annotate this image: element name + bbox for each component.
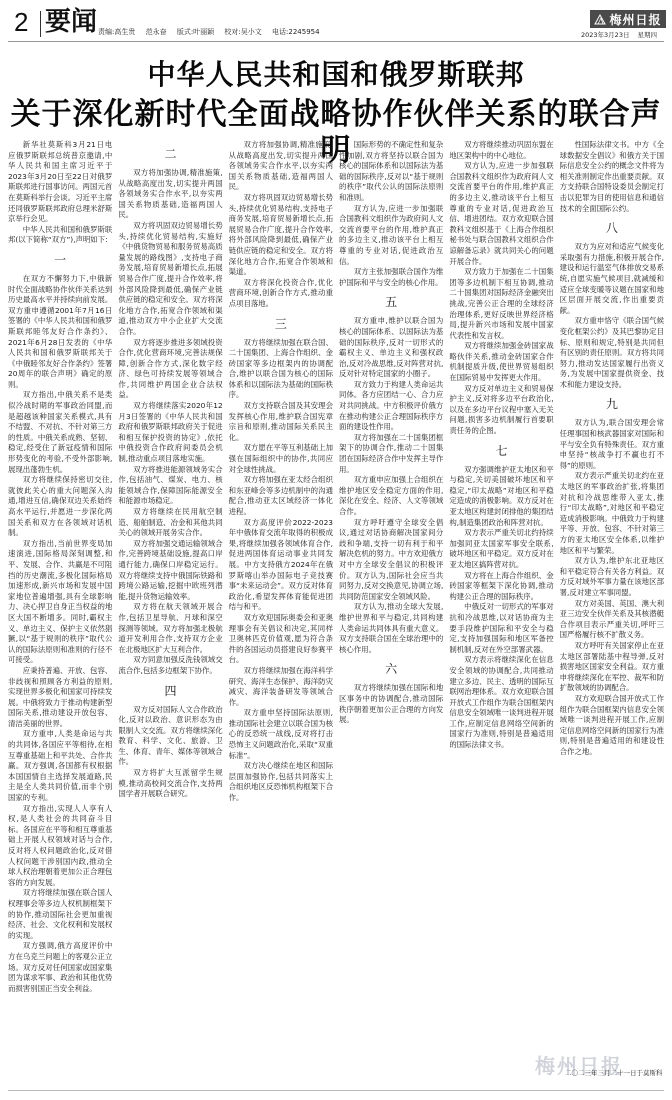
text-column-4: 国际形势的不确定性和复杂性加剧,双方将坚持以联合国为核心的国际体系和以国际法为基… <box>339 140 443 1072</box>
credit-phone: 电话:2245954 <box>272 28 320 36</box>
text-column-5: 双方将继续推动巩固东盟在地区架构中的中心地位。双方认为,应进一步加强联合国教科文… <box>449 140 553 1072</box>
paragraph: 双方呼吁遵守全球安全倡议,通过对话协商解决国家间分歧和争端,支持一切有利于和平解… <box>339 518 443 603</box>
paragraph: 双方将继续推动巩固东盟在地区架构中的中心地位。 <box>449 140 553 161</box>
paragraph: 双方重申坚持国际法原则,推动国际社会建立以联合国为核心的反恐统一战线,反对将打击… <box>229 708 333 761</box>
paragraph: 双方指出,实现人人享有人权,是人类社会的共同奋斗目标。各国应在平等和相互尊重基础… <box>8 804 112 889</box>
paragraph: 双方重申应加强上合组织在维护地区安全稳定方面的作用,深化在安全、经济、人文等领域… <box>339 475 443 517</box>
paragraph: 双方认为,应进一步加强联合国教科文组织作为政府间人文交流首要平台的作用,维护真正… <box>449 161 553 267</box>
text-column-2: 二双方将加强协调,精准施策,从战略高度出发,切实提升两国各领域务实合作水平,以夯… <box>118 140 222 1072</box>
paragraph: 双方欢迎联合国开放式工作组作为联合国框架内信息安全领域唯一谈判进程开展工作,应制… <box>560 694 664 758</box>
paragraph: 双方将扩大互派留学生规模,推动高校间交流合作,支持两国学者开展联合研究。 <box>118 768 222 800</box>
credit-editor: 责编:高生贵 <box>98 28 135 36</box>
section-numeral: 二 <box>118 143 222 165</box>
paragraph: 双方主张加强联合国作为维护国际和平与安全的核心作用。 <box>339 267 443 288</box>
paragraph: 双方将加强在亚太经合组织和东亚峰会等多边机制中的沟通配合,推动亚太区域经济一体化… <box>229 475 333 517</box>
paragraph: 双方对美国、英国、澳大利亚三边安全伙伴关系及其核潜艇合作项目表示严重关切,呼吁三… <box>560 599 664 641</box>
paragraph: 国际形势的不确定性和复杂性加剧,双方将坚持以联合国为核心的国际体系和以国际法为基… <box>339 140 443 204</box>
credit-editor-2: 范永奋 <box>146 28 167 36</box>
signoff-date-place: 二〇二三年三月二十一日于莫斯科 <box>565 1068 663 1077</box>
paragraph: 双方强调,俄方高度评价中方在乌克兰问题上的客观公正立场。双方反对任何国家或国家集… <box>8 941 112 994</box>
paragraph: 新华社莫斯科3月21日电 应俄罗斯联邦总统普京邀请,中华人民共和国主席习近平于2… <box>8 140 112 225</box>
paragraph: 应秉持普遍、开放、包容、非歧视和照顾各方利益的原则,实现世界多极化和国家可持续发… <box>8 666 112 730</box>
paragraph: 双方将继续加强金砖国家战略伙伴关系,推动金砖国家合作机制提质升级,使世界贸易组织… <box>449 341 553 383</box>
paragraph: 双方将加强交通运输领域合作,完善跨境基础设施,提高口岸通行能力,确保口岸稳定运行… <box>118 539 222 603</box>
section-numeral: 四 <box>118 680 222 702</box>
section-numeral: 五 <box>339 291 443 313</box>
page-number: 2 <box>14 8 28 36</box>
text-column-3: 双方将加强协调,精准施策,从战略高度出发,切实提升两国各领域务实合作水平,以夯实… <box>229 140 333 1072</box>
page-separator <box>40 11 41 37</box>
paragraph: 双方将在航天领域开展合作,包括卫星导航、月球和深空探测等领域。双方将加强北极航道… <box>118 602 222 655</box>
paragraph: 双方为应对和适应气候变化采取强有力措施,积极开展合作,建设和运行温室气体排放交易… <box>560 242 664 316</box>
paragraph: 双方认为,应进一步加强联合国教科文组织作为政府间人文交流首要平台的作用,维护真正… <box>339 204 443 268</box>
paragraph: 双方表示严重关切北约在亚太地区的军事政治扩张,将集团对抗和冷战思维带入亚太,推行… <box>560 471 664 556</box>
bottom-rule <box>8 1090 664 1091</box>
section-numeral: 七 <box>449 440 553 462</box>
paragraph: 双方将继续加强在海洋科学研究、海洋生态保护、海洋防灾减灾、海洋装备研发等领域合作… <box>229 666 333 708</box>
paragraph: 双方将继续加强在联合国人权理事会等多边人权机制框架下的协作,推动国际社会更加重视… <box>8 888 112 941</box>
paragraph: 双方表示将继续深化在信息安全领域的协调配合,共同推动建立多边、民主、透明的国际互… <box>449 655 553 750</box>
paper-logo: 梅州日报 <box>590 10 666 28</box>
credit-layout: 版式:叶丽颖 <box>177 28 214 36</box>
paragraph: 双方认为,推动全球大发展,维护世界和平与稳定,共同构建人类命运共同体具有重大意义… <box>339 602 443 655</box>
paragraph: 性国际法律文书。中方《全球数据安全倡议》和俄方关于国际信息安全公约的概念文件将为… <box>560 140 664 214</box>
paragraph: 双方呼吁有关国家停止在亚太地区部署陆基中程导弹,反对损害地区国家安全利益。双方重… <box>560 641 664 694</box>
paper-name: 梅州日报 <box>609 11 661 28</box>
paragraph: 双方将在上海合作组织、金砖国家等框架下深化协调,推动构建公正合理的国际秩序。 <box>449 571 553 603</box>
paragraph: 中华人民共和国和俄罗斯联邦(以下简称“双方”),声明如下: <box>8 225 112 246</box>
paragraph: 双方将继续保持密切交往,就彼此关心的重大问题深入沟通,增进互信,确保双边关系始终… <box>8 475 112 539</box>
paragraph: 双方高度评价2022-2023年中俄体育交流年取得的积极成果,将继续加强各领域体… <box>229 518 333 613</box>
paragraph: 双方重申,维护以联合国为核心的国际体系、以国际法为基础的国际秩序,反对一切形式的… <box>339 316 443 380</box>
section-numeral: 六 <box>339 658 443 680</box>
paragraph: 双方致力于加强在二十国集团等多边机制下相互协调,推动二十国集团对国际经济金融突出… <box>449 267 553 341</box>
paragraph: 双方将继续在民用航空制造、船舶制造、冶金和其他共同关心的领域开展务实合作。 <box>118 507 222 539</box>
section-name: 要闻 <box>45 8 97 36</box>
paragraph: 双方将加强在二十国集团框架下的协调合作,推动二十国集团在国际经济合作中发挥主导作… <box>339 433 443 475</box>
masthead-rule <box>8 41 664 42</box>
dateline: 2023年3月23日 星期四 <box>575 30 657 39</box>
paragraph: 双方表示严重关切北约持续加强同亚太国家军事安全联系,破坏地区和平稳定。双方反对在… <box>449 528 553 570</box>
section-numeral: 九 <box>560 393 664 415</box>
paragraph: 双方反对国际人文合作政治化,反对以政治、意识形态为由限制人文交流。双方将继续深化… <box>118 705 222 769</box>
paragraph: 双方将继续加强在联合国、二十国集团、上海合作组织、金砖国家等多边框架内的协调配合… <box>229 338 333 402</box>
paragraph: 双方重申恪守《联合国气候变化框架公约》及其巴黎协定目标、原则和规定,特别是共同但… <box>560 316 664 390</box>
logo-emblem-icon <box>594 13 606 25</box>
paragraph: 双方认为,联合国安理会常任理事国和核武器国家对国际和平与安全负有特殊责任。双方重… <box>560 418 664 471</box>
masthead: 2 要闻 责编:高生贵 范永奋 版式:叶丽颖 校对:吴小文 电话:2245954… <box>0 0 672 40</box>
paragraph: 双方将加强协调,精准施策,从战略高度出发,切实提升两国各领域务实合作水平,以夯实… <box>229 140 333 193</box>
editor-credits: 责编:高生贵 范永奋 版式:叶丽颖 校对:吴小文 电话:2245954 <box>98 28 328 36</box>
paragraph: 双方强调维护亚太地区和平与稳定,关切美国破坏地区和平稳定,“印太战略”对地区和平… <box>449 465 553 529</box>
section-numeral: 三 <box>229 313 333 335</box>
issue-weekday: 星期四 <box>638 31 658 39</box>
headline-line-1: 中华人民共和国和俄罗斯联邦 <box>0 58 672 92</box>
paragraph: 双方将加强协调,精准施策,从战略高度出发,切实提升两国各领域务实合作水平,以夯实… <box>118 168 222 221</box>
paragraph: 双方愿在平等互利基础上加强在国际组织中的协作,共同应对全球性挑战。 <box>229 443 333 475</box>
paragraph: 在双方不懈努力下,中俄新时代全面战略协作伙伴关系达到历史最高水平并持续向前发展。… <box>8 274 112 391</box>
paragraph: 双方将继续落实2020年12月3日签署的《中华人民共和国政府和俄罗斯联邦政府关于… <box>118 401 222 465</box>
paragraph: 双方支持联合国及其安理会发挥核心作用,维护联合国宪章宗旨和原则,推动国际关系民主… <box>229 401 333 443</box>
paragraph: 双方将巩固双边贸易增长势头,持续优化贸易结构,支持电子商务发展,培育贸易新增长点… <box>229 193 333 278</box>
paragraph: 双方欢迎国际奥委会和亚奥理事会有关倡议和决定,其同样卫奥林匹克价值观,愿为符合条… <box>229 613 333 666</box>
section-numeral: 八 <box>560 217 664 239</box>
paragraph: 双方将继续加强在国际和地区事务中的协调配合,推动国际秩序朝着更加公正合理的方向发… <box>339 683 443 725</box>
article-body: 新华社莫斯科3月21日电 应俄罗斯联邦总统普京邀请,中华人民共和国主席习近平于2… <box>8 140 664 1072</box>
paragraph: 双方决心继续在地区和国际层面加强协作,包括共同落实上合组织地区反恐怖机构框架下合… <box>229 761 333 803</box>
text-column-1: 新华社莫斯科3月21日电 应俄罗斯联邦总统普京邀请,中华人民共和国主席习近平于2… <box>8 140 112 1072</box>
paragraph: 中俄反对一切形式的军事对抗和冷战思维,以对话协商为主要手段维护国际和平安全与稳定… <box>449 602 553 655</box>
section-numeral: 一 <box>8 249 112 271</box>
credit-proofreader: 校对:吴小文 <box>224 28 261 36</box>
paragraph: 双方反对单边主义和贸易保护主义,反对将多边平台政治化,以及在多边平台议程中塞入无… <box>449 384 553 437</box>
issue-date: 2023年3月23日 <box>581 31 629 39</box>
paragraph: 双方将巩固双边贸易增长势头,持续优化贸易结构,实施好《中俄货物贸易和服务贸易高质… <box>118 221 222 338</box>
paragraph: 双方指出,中俄关系不是类似冷战时期的军事政治同盟,而是超越该种国家关系模式,具有… <box>8 390 112 475</box>
paragraph: 双方将推进能源领域务实合作,包括油气、煤炭、电力、核能领域合作,保障国际能源安全… <box>118 465 222 507</box>
paragraph: 双方指出,当前世界变局加速演进,国际格局深刻调整,和平、发展、合作、共赢是不可阻… <box>8 539 112 666</box>
paragraph: 双方同意加强反洗钱领域交流合作,包括多边框架下协作。 <box>118 655 222 676</box>
paragraph: 双方将深化投资合作,优化营商环境,创新合作方式,推动重点项目落地。 <box>229 278 333 310</box>
paragraph: 双方重申,人类是命运与共的共同体,各国应平等相待,在相互尊重基础上和平共处、合作… <box>8 729 112 803</box>
paragraph: 双方将逐步推进多领域投资合作,优化营商环境,完善法规保障,创新合作方式,深化数字… <box>118 338 222 402</box>
paragraph: 双方认为,维护东北亚地区和平稳定符合有关各方利益。双方反对域外军事力量在该地区部… <box>560 556 664 598</box>
text-column-6: 性国际法律文书。中方《全球数据安全倡议》和俄方关于国际信息安全公约的概念文件将为… <box>560 140 664 1072</box>
paragraph: 双方致力于构建人类命运共同体。各方应团结一心、合力应对共同挑战。中方积极评价俄方… <box>339 380 443 433</box>
